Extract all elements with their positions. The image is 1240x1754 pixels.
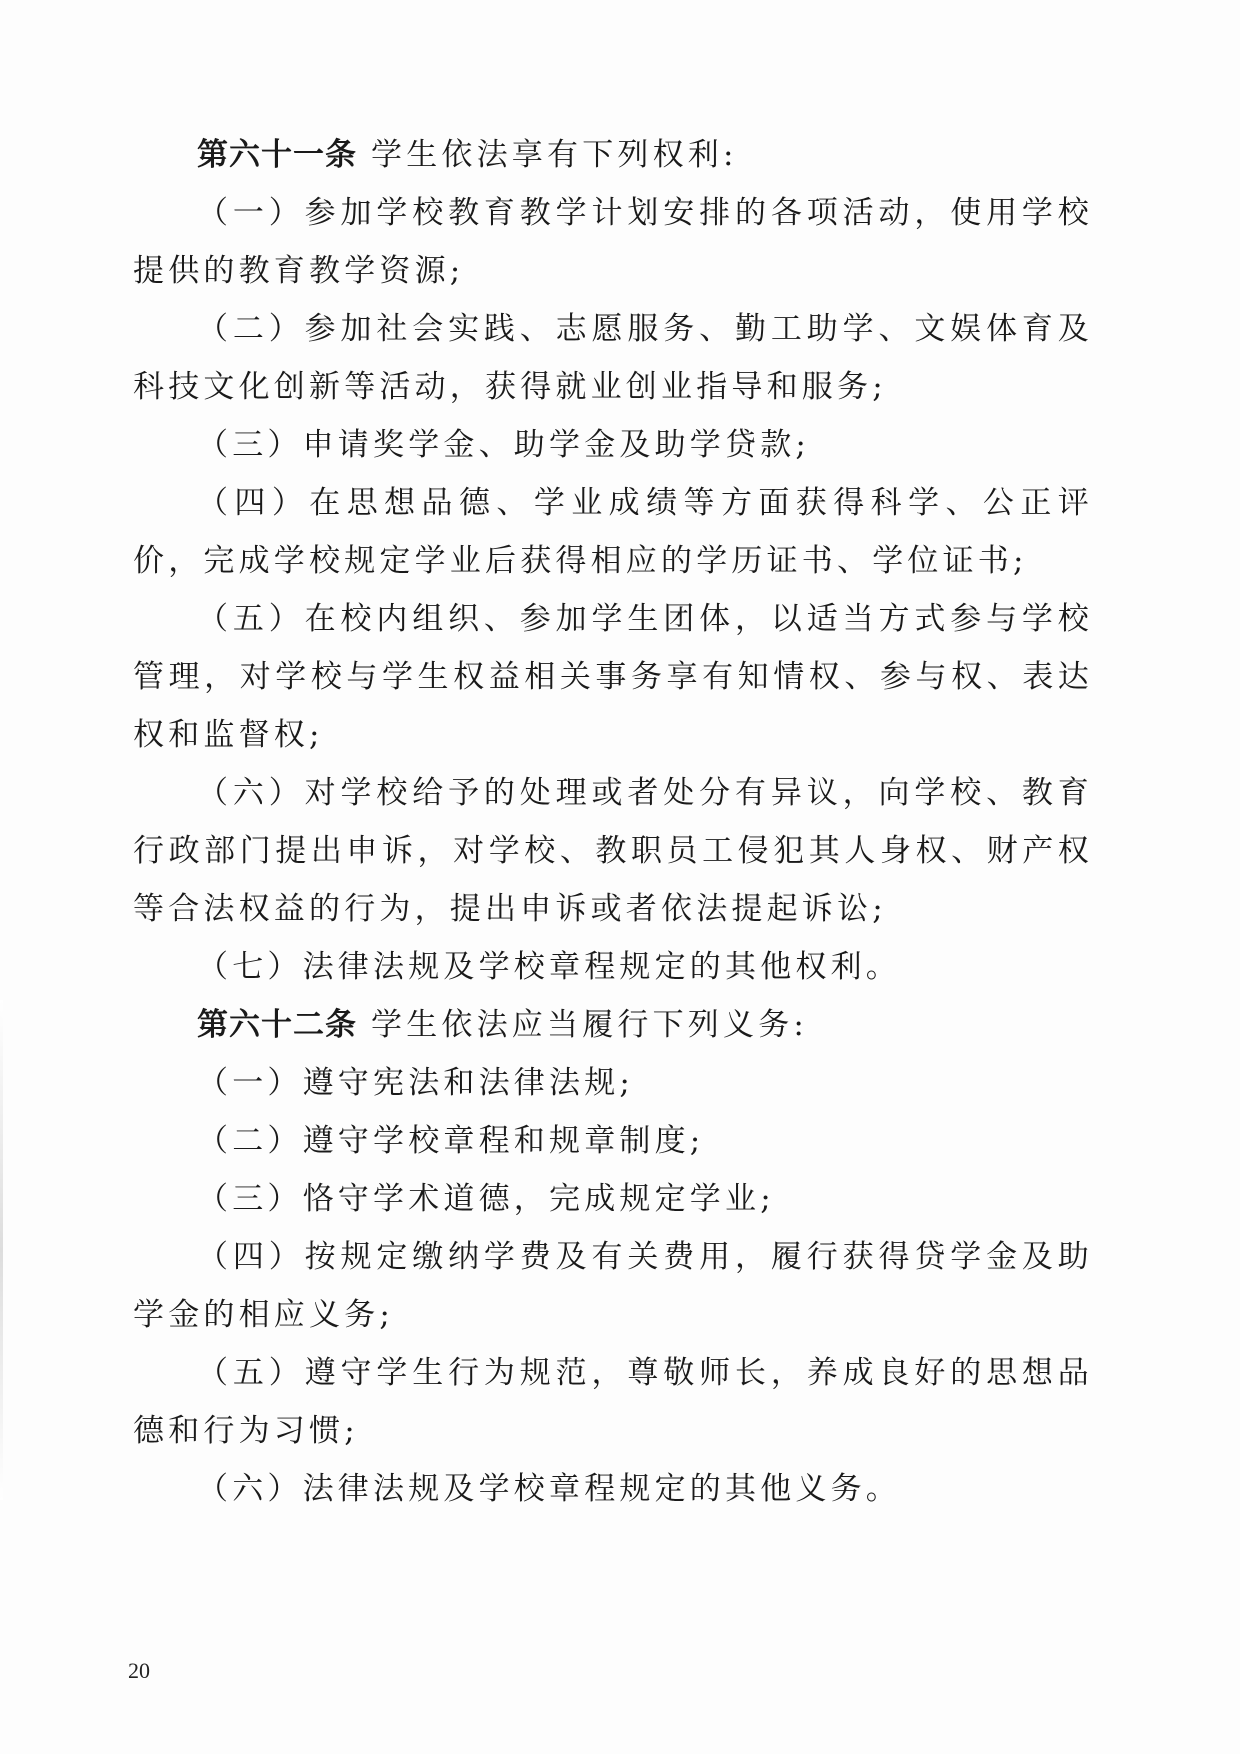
- article-61-heading: 第六十一条学生依法享有下列权利:: [133, 126, 1093, 184]
- article-61-lead: 学生依法享有下列权利:: [371, 137, 738, 173]
- scan-edge-shadow: [0, 1000, 3, 1500]
- page-number: 20: [128, 1658, 150, 1684]
- article-62-item-2: （二）遵守学校章程和规章制度;: [133, 1112, 1093, 1170]
- article-61-item-5: （五）在校内组织、参加学生团体，以适当方式参与学校管理，对学校与学生权益相关事务…: [133, 590, 1093, 764]
- article-62-title: 第六十二条: [197, 1007, 357, 1043]
- article-61-item-6: （六）对学校给予的处理或者处分有异议，向学校、教育行政部门提出申诉，对学校、教职…: [133, 764, 1093, 938]
- article-62-lead: 学生依法应当履行下列义务:: [371, 1007, 808, 1043]
- article-61-item-4: （四）在思想品德、学业成绩等方面获得科学、公正评价，完成学校规定学业后获得相应的…: [133, 474, 1093, 590]
- article-61-item-2: （二）参加社会实践、志愿服务、勤工助学、文娱体育及科技文化创新等活动，获得就业创…: [133, 300, 1093, 416]
- article-62-item-6: （六）法律法规及学校章程规定的其他义务。: [133, 1460, 1093, 1518]
- article-61-title: 第六十一条: [197, 137, 357, 173]
- article-62-item-3: （三）恪守学术道德，完成规定学业;: [133, 1170, 1093, 1228]
- article-61-item-1: （一）参加学校教育教学计划安排的各项活动，使用学校提供的教育教学资源;: [133, 184, 1093, 300]
- document-body: 第六十一条学生依法享有下列权利: （一）参加学校教育教学计划安排的各项活动，使用…: [133, 126, 1093, 1518]
- article-62-item-4: （四）按规定缴纳学费及有关费用，履行获得贷学金及助学金的相应义务;: [133, 1228, 1093, 1344]
- article-61-item-7: （七）法律法规及学校章程规定的其他权利。: [133, 938, 1093, 996]
- article-62-item-5: （五）遵守学生行为规范，尊敬师长，养成良好的思想品德和行为习惯;: [133, 1344, 1093, 1460]
- article-62-heading: 第六十二条学生依法应当履行下列义务:: [133, 996, 1093, 1054]
- article-61-item-3: （三）申请奖学金、助学金及助学贷款;: [133, 416, 1093, 474]
- article-62-item-1: （一）遵守宪法和法律法规;: [133, 1054, 1093, 1112]
- document-page: 第六十一条学生依法享有下列权利: （一）参加学校教育教学计划安排的各项活动，使用…: [0, 0, 1240, 1754]
